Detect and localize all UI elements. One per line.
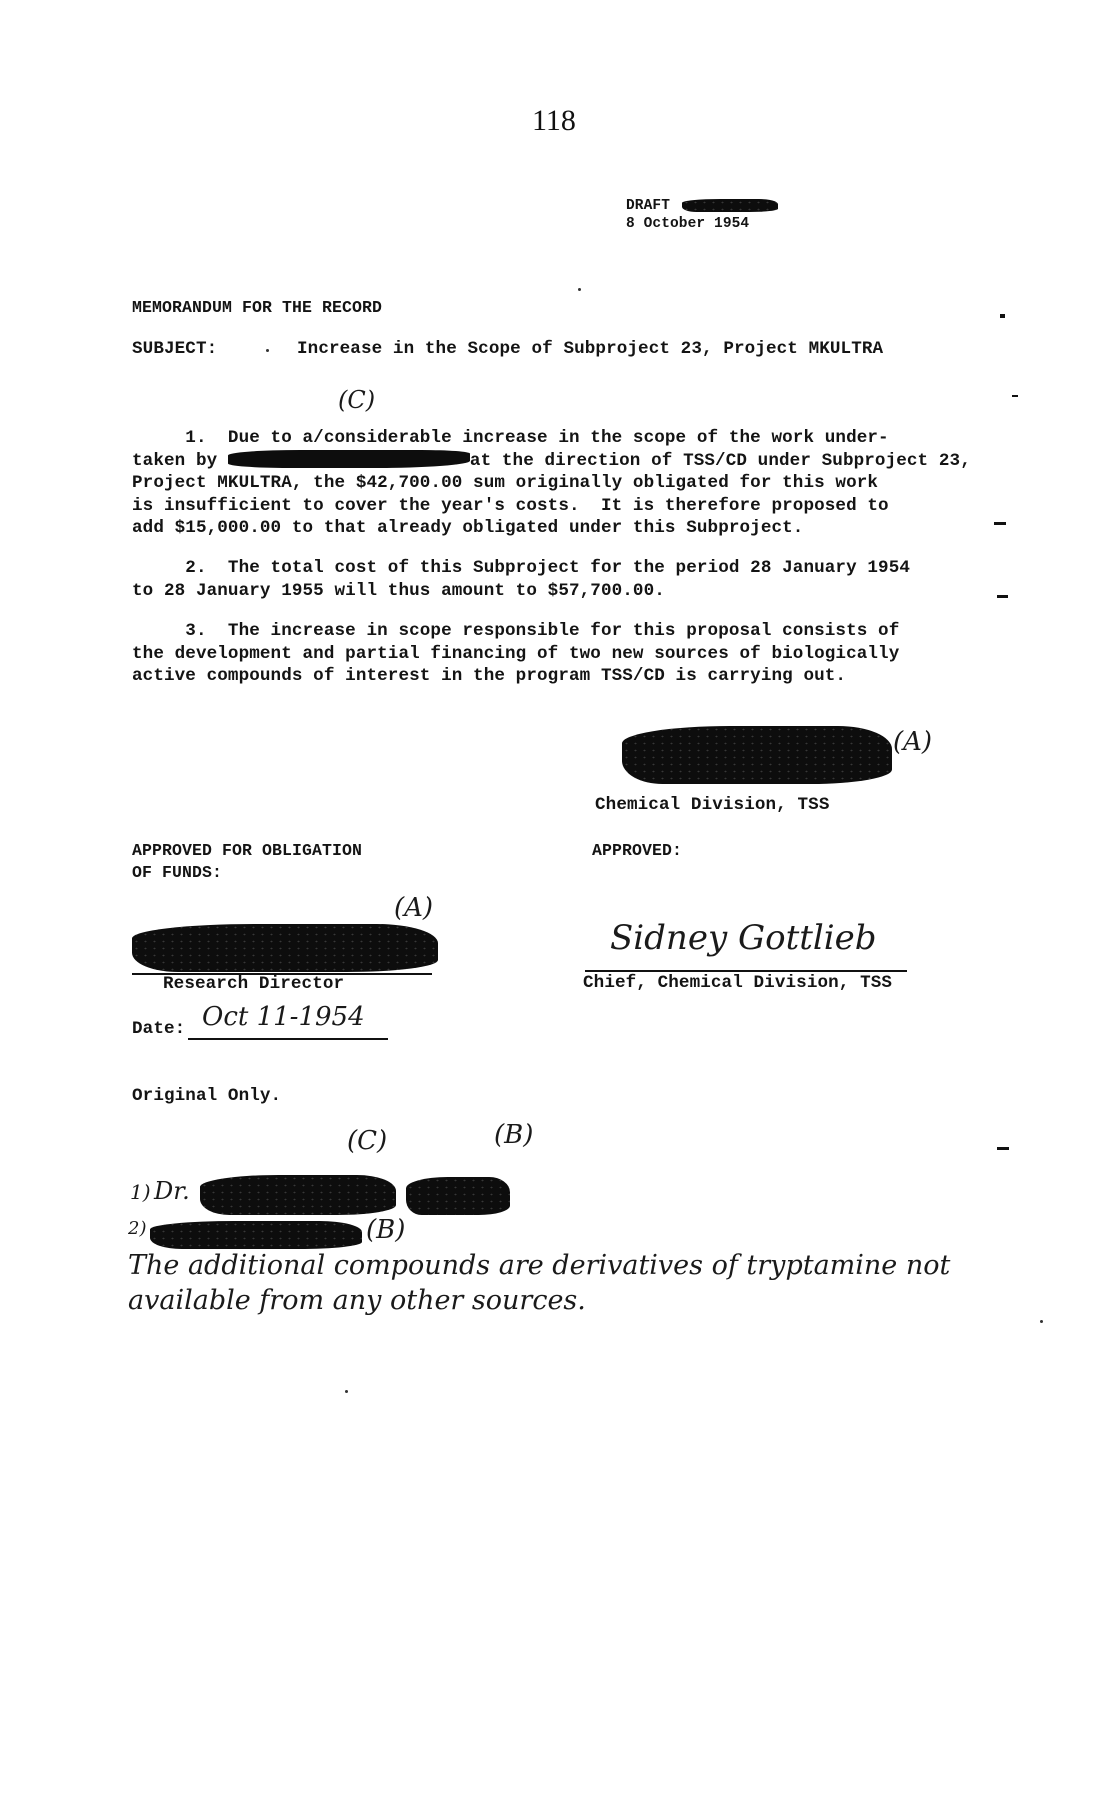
memo-title: MEMORANDUM FOR THE RECORD [132, 297, 382, 320]
page-number: 118 [0, 104, 1108, 138]
paragraph-1-line-2: taken by at the direction of TSS/CD unde… [132, 450, 971, 473]
originator-name-redaction [622, 726, 892, 784]
research-director-annotation: (A) [394, 893, 433, 923]
research-director-title: Research Director [163, 973, 344, 996]
distribution-1-annotation-b: (B) [494, 1120, 533, 1150]
handwritten-note-line-1: The additional compounds are derivatives… [128, 1250, 950, 1281]
of-funds-label: OF FUNDS: [132, 862, 222, 885]
chief-title: Chief, Chemical Division, TSS [583, 972, 892, 995]
distribution-1-redaction-b [406, 1177, 510, 1215]
classification-annotation: (C) [338, 386, 375, 414]
margin-mark [997, 595, 1008, 598]
date-label: Date: [132, 1018, 185, 1041]
paragraph-1-line-5: add $15,000.00 to that already obligated… [132, 517, 803, 540]
paragraph-3-line-3: active compounds of interest in the prog… [132, 665, 846, 688]
approved-label: APPROVED: [592, 840, 682, 863]
memo-date: 8 October 1954 [626, 216, 749, 233]
paragraph-2-line-2: to 28 January 1955 will thus amount to $… [132, 580, 665, 603]
speck [1040, 1320, 1043, 1323]
paragraph-1-line-1: 1. Due to a/considerable increase in the… [132, 427, 889, 450]
paragraph-1-line-2-pre: taken by [132, 451, 228, 471]
distribution-1-number: 1) [130, 1180, 151, 1204]
paragraph-2-line-1: 2. The total cost of this Subproject for… [132, 557, 910, 580]
date-line [188, 1038, 388, 1040]
distribution-1-prefix: Dr. [154, 1177, 190, 1205]
draft-redaction [682, 199, 778, 212]
approval-date-handwritten: Oct 11-1954 [202, 1002, 365, 1032]
distribution-1-redaction-a [200, 1175, 396, 1215]
distribution-label: Original Only. [132, 1085, 281, 1108]
paragraph-3-line-1: 3. The increase in scope responsible for… [132, 620, 899, 643]
chief-signature: Sidney Gottlieb [610, 918, 877, 958]
paragraph-1-line-2-post: at the direction of TSS/CD under Subproj… [470, 451, 971, 471]
subject-text: Increase in the Scope of Subproject 23, … [297, 338, 883, 361]
handwritten-note-line-2: available from any other sources. [128, 1285, 586, 1316]
margin-mark [1000, 314, 1005, 318]
speck [345, 1390, 348, 1393]
paragraph-1-line-4: is insufficient to cover the year's cost… [132, 495, 889, 518]
document-page: 118 DRAFT 8 October 1954 MEMORANDUM FOR … [0, 0, 1108, 1818]
distribution-2-redaction [150, 1221, 362, 1249]
paragraph-3-line-2: the development and partial financing of… [132, 643, 899, 666]
research-director-redaction [132, 924, 438, 972]
margin-mark [997, 1147, 1009, 1150]
distribution-1-annotation-c: (C) [347, 1126, 387, 1156]
approved-for-obligation-label: APPROVED FOR OBLIGATION [132, 840, 362, 863]
margin-mark [994, 522, 1006, 525]
subject-label: SUBJECT: [132, 338, 217, 361]
margin-mark [1012, 395, 1018, 397]
draft-label: DRAFT [626, 198, 670, 215]
originator-title: Chemical Division, TSS [595, 794, 829, 817]
distribution-2-number: 2) [128, 1218, 146, 1239]
speck [578, 288, 581, 291]
contractor-redaction [228, 450, 470, 468]
bullet-dot [266, 349, 269, 352]
distribution-2-annotation: (B) [366, 1215, 405, 1245]
paragraph-1-line-3: Project MKULTRA, the $42,700.00 sum orig… [132, 472, 878, 495]
originator-annotation: (A) [893, 727, 932, 757]
